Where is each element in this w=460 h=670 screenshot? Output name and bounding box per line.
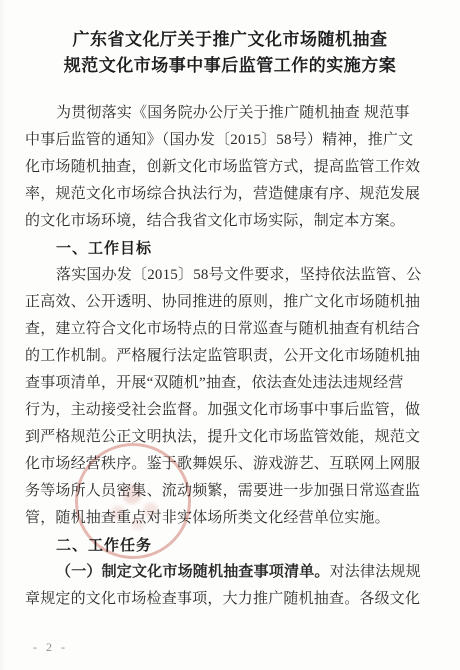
title-line-1: 广东省文化厅关于推广文化市场随机抽查 bbox=[0, 27, 460, 53]
body-line: 章规定的文化市场检查事项，大力推广随机抽查。各级文化 bbox=[25, 586, 437, 613]
body-line: 到严格规范公正文明执法，提升文化市场监管效能，规范文 bbox=[25, 424, 437, 451]
body-line: 务等场所人员密集、流动频繁，需要进一步加强日常巡查监 bbox=[25, 478, 437, 505]
title-line-2: 规范文化市场事中事后监管工作的实施方案 bbox=[0, 53, 460, 79]
document-page: 广东省文化厅关于推广文化市场随机抽查 规范文化市场事中事后监管工作的实施方案 为… bbox=[0, 0, 460, 670]
document-title: 广东省文化厅关于推广文化市场随机抽查 规范文化市场事中事后监管工作的实施方案 bbox=[0, 27, 460, 79]
section-heading-1: 一、工作目标 bbox=[25, 235, 437, 262]
body-line: 管，随机抽查重点对非实体场所类文化经营单位实施。 bbox=[25, 505, 437, 532]
item-1-rest: 对法律法规规 bbox=[330, 564, 421, 580]
section-heading-2: 二、工作任务 bbox=[25, 532, 437, 559]
body-line: 化市场随机抽查，创新文化市场监管方式，提高监管工作效 bbox=[25, 154, 437, 181]
body-line: （一）制定文化市场随机抽查事项清单。对法律法规规 bbox=[25, 559, 437, 586]
body-line: 查事项清单，开展“双随机”抽查，依法查处违法违规经营 bbox=[25, 370, 437, 397]
body-line: 率，规范文化市场综合执法行为，营造健康有序、规范发展 bbox=[25, 181, 437, 208]
body-line: 查，建立符合文化市场特点的日常巡查与随机抽查有机结合 bbox=[25, 316, 437, 343]
body-line: 的工作机制。严格履行法定监管职责，公开文化市场随机抽 bbox=[25, 343, 437, 370]
body-line: 正高效、公开透明、协同推进的原则，推广文化市场随机抽 bbox=[25, 289, 437, 316]
body-line: 中事后监管的通知》（国办发〔2015〕58号）精神，推广文 bbox=[25, 127, 437, 154]
body-line: 落实国办发〔2015〕58号文件要求，坚持依法监管、公 bbox=[25, 262, 437, 289]
document-body: 为贯彻落实《国务院办公厅关于推广随机抽查 规范事 中事后监管的通知》（国办发〔2… bbox=[25, 100, 437, 613]
body-line: 行为，主动接受社会监督。加强文化市场事中事后监管，做 bbox=[25, 397, 437, 424]
page-number: - 2 - bbox=[33, 640, 68, 655]
item-1-bold-lead: （一）制定文化市场随机抽查事项清单。 bbox=[56, 564, 330, 580]
body-line: 为贯彻落实《国务院办公厅关于推广随机抽查 规范事 bbox=[25, 100, 437, 127]
body-line: 化市场经营秩序。鉴于歌舞娱乐、游戏游艺、互联网上网服 bbox=[25, 451, 437, 478]
body-line: 的文化市场环境，结合我省文化市场实际，制定本方案。 bbox=[25, 208, 437, 235]
